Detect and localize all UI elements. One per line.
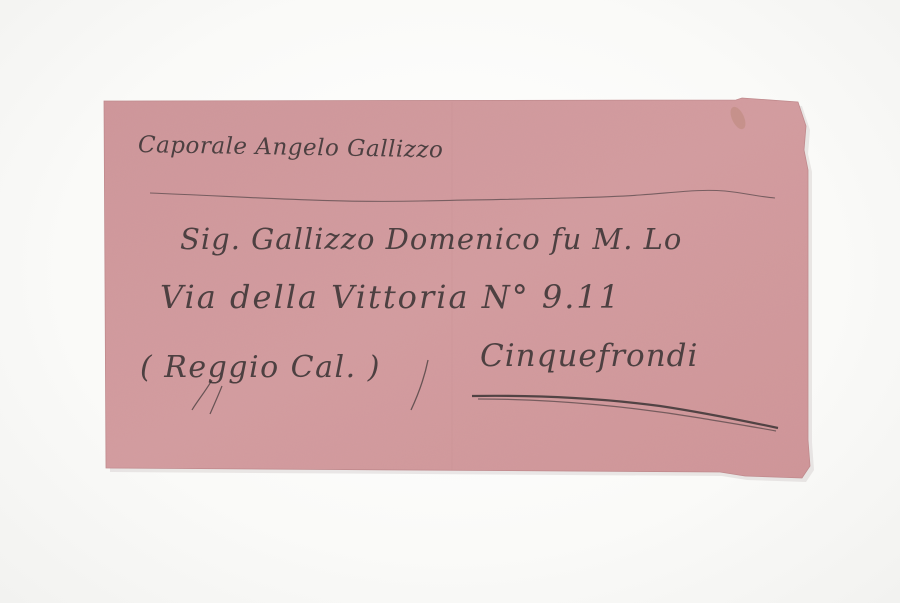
province-text: ( Reggio Cal. ) — [140, 350, 381, 385]
paper-slip: Caporale Angelo Gallizzo Sig. Gallizzo D… — [0, 0, 900, 603]
town-text: Cinquefrondi — [480, 338, 698, 374]
sender-line: Caporale Angelo Gallizzo — [138, 132, 444, 163]
recipient-line: Sig. Gallizzo Domenico fu M. Lo — [180, 222, 682, 256]
street-line: Via della Vittoria N° 9.11 — [160, 278, 621, 316]
